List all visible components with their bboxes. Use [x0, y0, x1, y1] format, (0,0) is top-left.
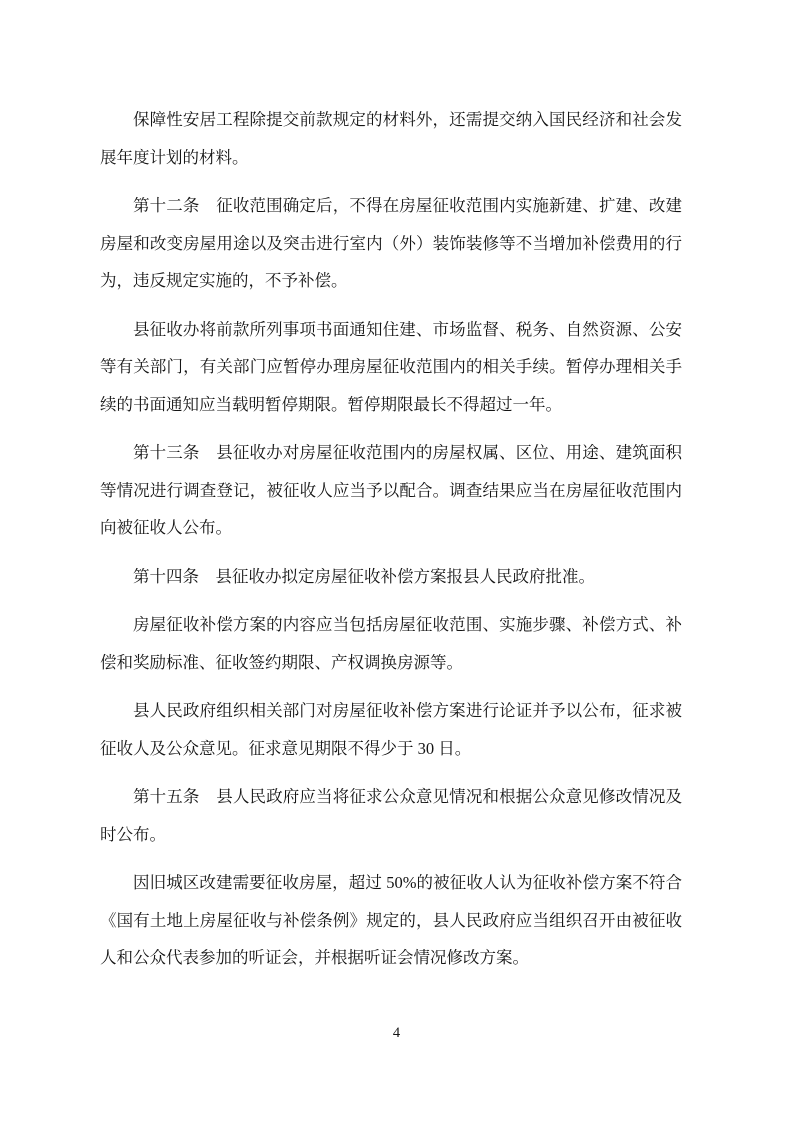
page-number: 4: [0, 1024, 793, 1042]
paragraph-article-14-public-comment: 县人民政府组织相关部门对房屋征收补偿方案进行论证并予以公布，征求被征收人及公众意…: [100, 692, 682, 767]
document-body: 保障性安居工程除提交前款规定的材料外，还需提交纳入国民经济和社会发展年度计划的材…: [100, 101, 682, 988]
paragraph-article-14: 第十四条 县征收办拟定房屋征收补偿方案报县人民政府批准。: [100, 558, 682, 596]
paragraph-article-15-hearing: 因旧城区改建需要征收房屋，超过 50%的被征收人认为征收补偿方案不符合《国有土地…: [100, 864, 682, 977]
paragraph-article-14-plan-content: 房屋征收补偿方案的内容应当包括房屋征收范围、实施步骤、补偿方式、补偿和奖励标准、…: [100, 606, 682, 681]
paragraph-guaranteed-housing: 保障性安居工程除提交前款规定的材料外，还需提交纳入国民经济和社会发展年度计划的材…: [100, 101, 682, 176]
paragraph-article-12: 第十二条 征收范围确定后，不得在房屋征收范围内实施新建、扩建、改建房屋和改变房屋…: [100, 187, 682, 300]
paragraph-article-15: 第十五条 县人民政府应当将征求公众意见情况和根据公众意见修改情况及时公布。: [100, 778, 682, 853]
document-page: 保障性安居工程除提交前款规定的材料外，还需提交纳入国民经济和社会发展年度计划的材…: [0, 0, 793, 1122]
paragraph-article-13: 第十三条 县征收办对房屋征收范围内的房屋权属、区位、用途、建筑面积等情况进行调查…: [100, 434, 682, 547]
paragraph-article-12-notice: 县征收办将前款所列事项书面通知住建、市场监督、税务、自然资源、公安等有关部门，有…: [100, 311, 682, 424]
